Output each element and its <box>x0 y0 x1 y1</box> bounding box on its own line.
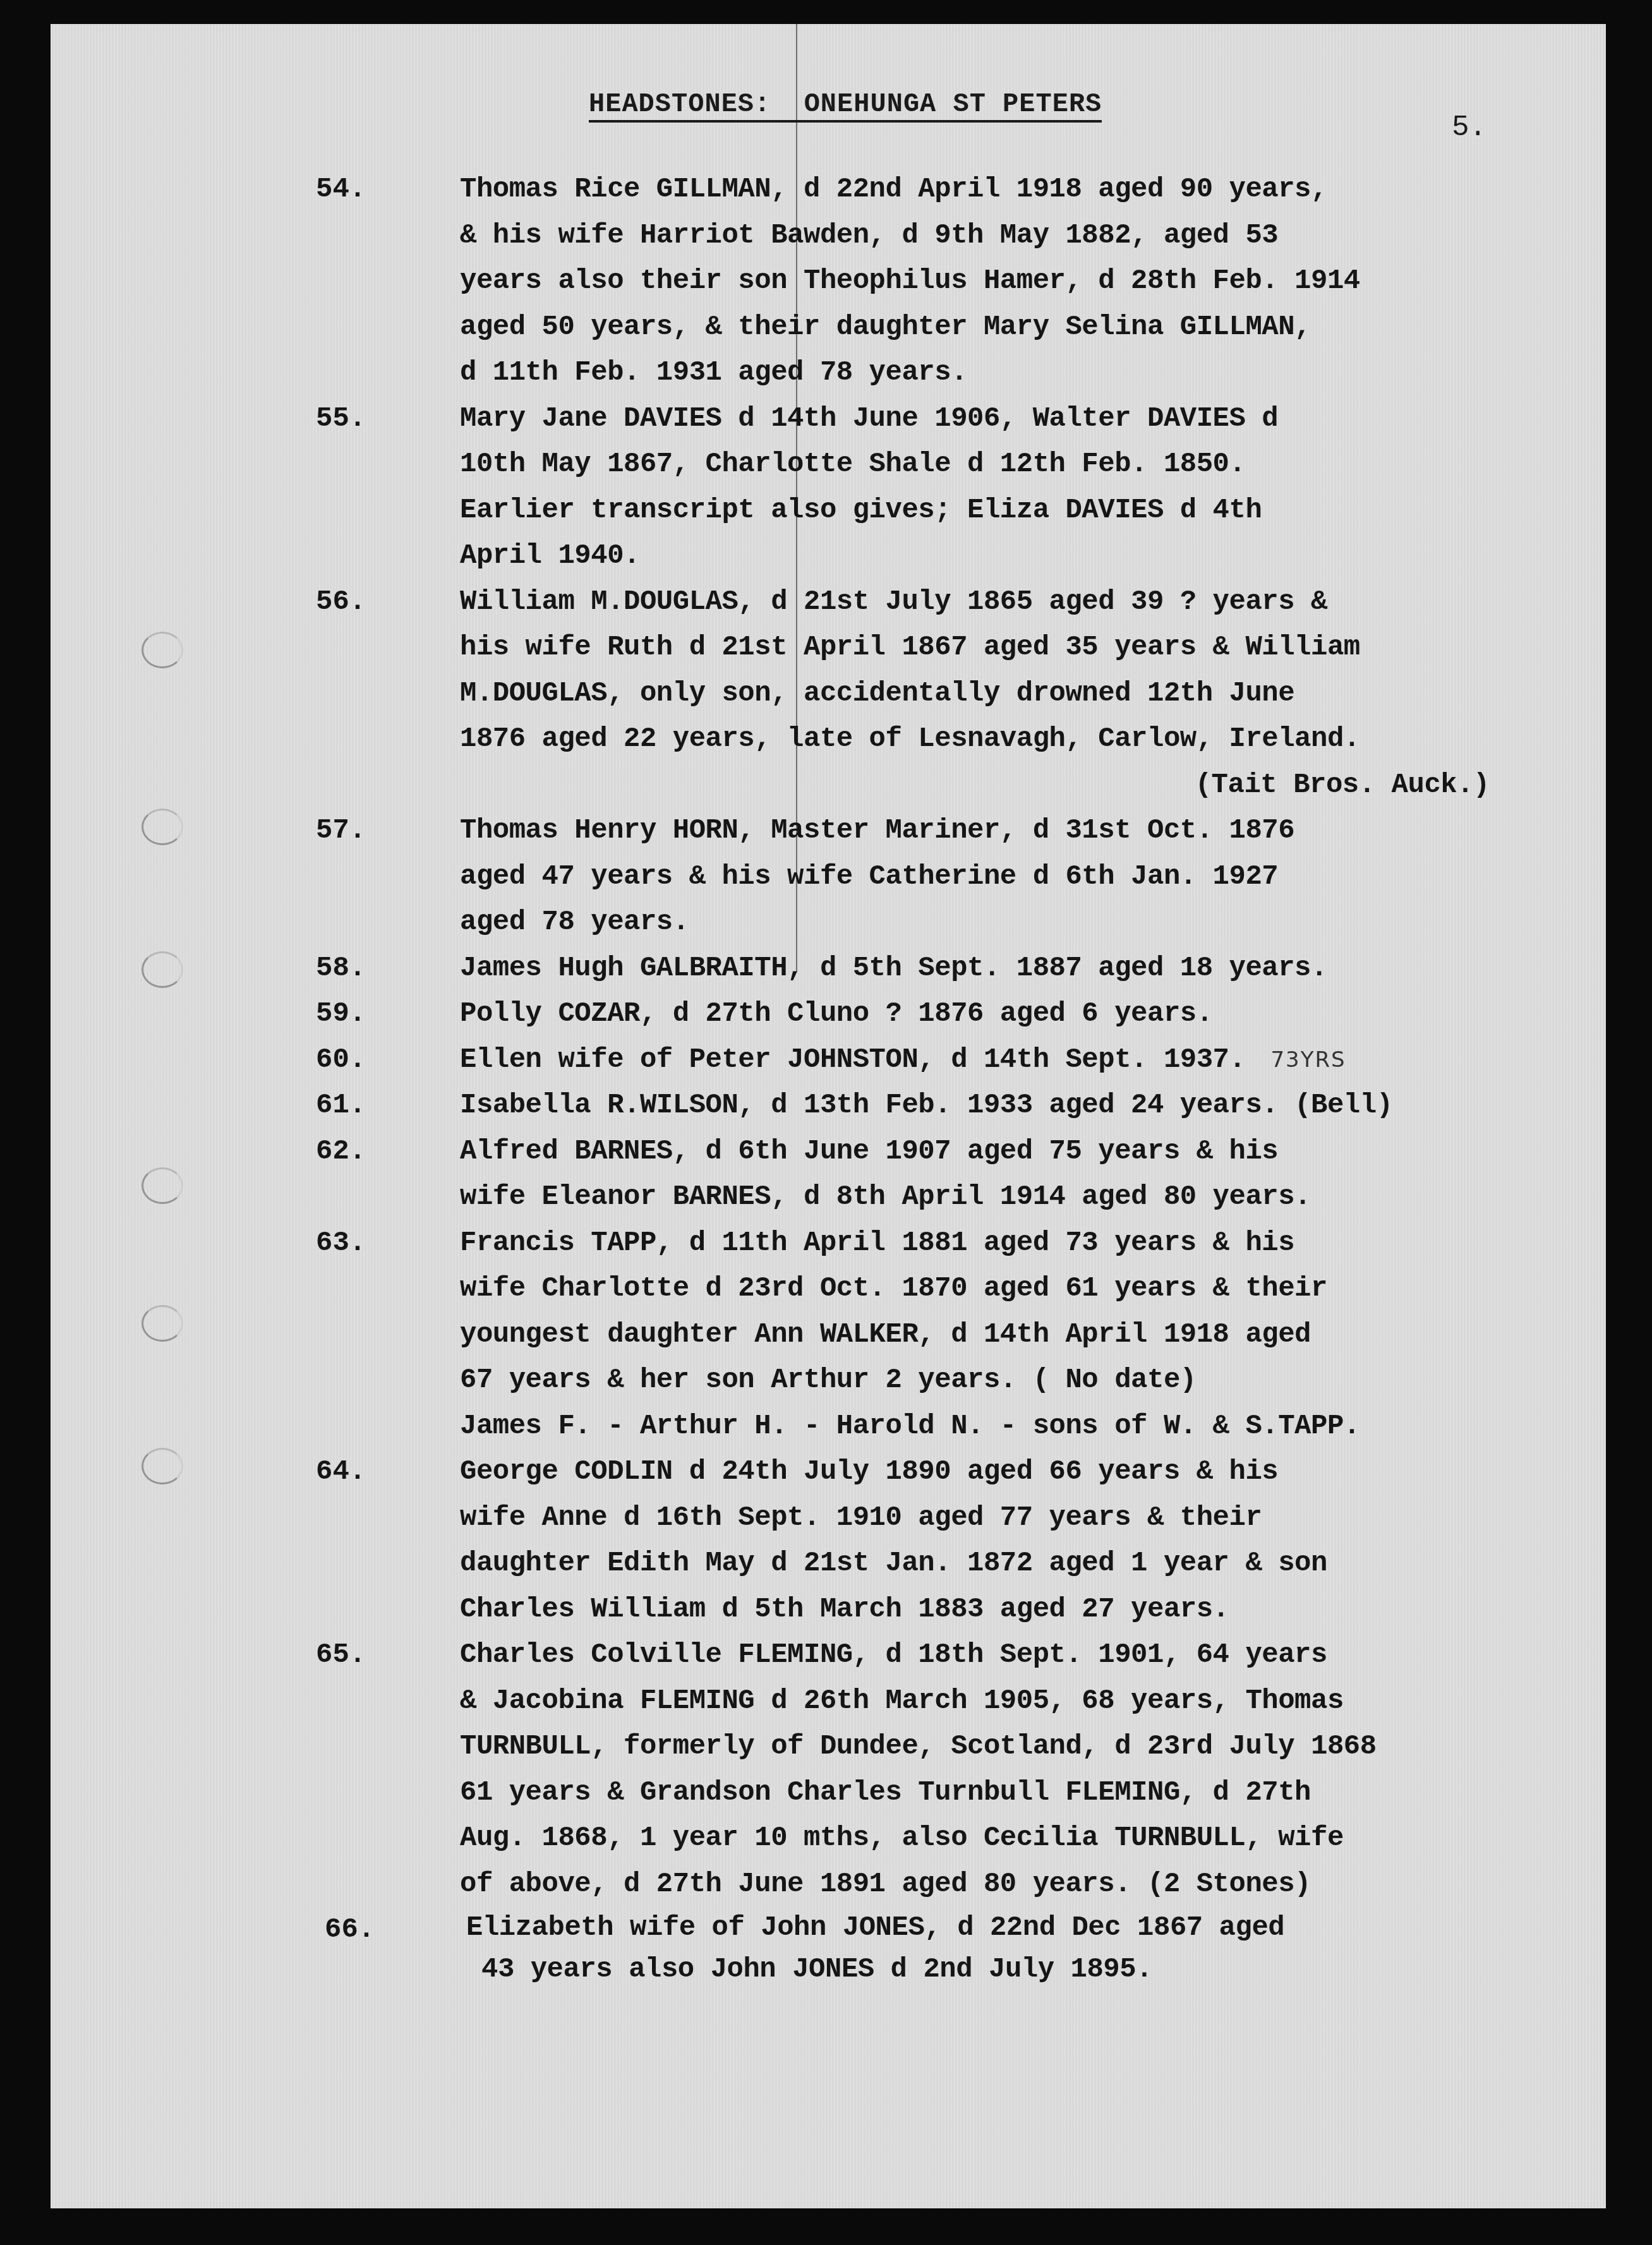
entry-62: 62. Alfred BARNES, d 6th June 1907 aged … <box>316 1129 1579 1220</box>
entry-number: 56. <box>316 579 404 625</box>
entry-line: Ellen wife of Peter JOHNSTON, d 14th Sep… <box>460 1044 1245 1076</box>
entry-54: 54. Thomas Rice GILLMAN, d 22nd April 19… <box>316 167 1579 396</box>
entry-number: 59. <box>316 991 404 1037</box>
entry-line: 67 years & her son Arthur 2 years. ( No … <box>460 1357 1579 1404</box>
punch-hole-mark <box>142 1448 183 1484</box>
entry-line: 10th May 1867, Charlotte Shale d 12th Fe… <box>460 442 1579 488</box>
entry-line: Charles Colville FLEMING, d 18th Sept. 1… <box>460 1632 1579 1678</box>
entry-line: wife Eleanor BARNES, d 8th April 1914 ag… <box>460 1174 1579 1220</box>
entry-line: daughter Edith May d 21st Jan. 1872 aged… <box>460 1541 1579 1587</box>
headstone-entries-list: 54. Thomas Rice GILLMAN, d 22nd April 19… <box>316 167 1579 1990</box>
entry-line: William M.DOUGLAS, d 21st July 1865 aged… <box>460 579 1579 625</box>
entry-line: Francis TAPP, d 11th April 1881 aged 73 … <box>460 1220 1579 1267</box>
entry-line: Thomas Henry HORN, Master Mariner, d 31s… <box>460 808 1579 854</box>
entry-number: 57. <box>316 808 404 854</box>
entry-line: Mary Jane DAVIES d 14th June 1906, Walte… <box>460 396 1579 442</box>
handwritten-annotation: 73YRS <box>1270 1047 1346 1073</box>
punch-hole-mark <box>142 632 183 668</box>
entry-line: 61 years & Grandson Charles Turnbull FLE… <box>460 1770 1579 1816</box>
entry-60: 60. Ellen wife of Peter JOHNSTON, d 14th… <box>316 1037 1579 1083</box>
entry-line: April 1940. <box>460 533 1579 579</box>
entry-line: M.DOUGLAS, only son, accidentally drowne… <box>460 671 1579 717</box>
entry-line: Earlier transcript also gives; Eliza DAV… <box>460 488 1579 534</box>
punch-hole-mark <box>142 1305 183 1342</box>
entry-number: 66. <box>325 1907 413 1953</box>
entry-line: his wife Ruth d 21st April 1867 aged 35 … <box>460 625 1579 671</box>
entry-number: 61. <box>316 1083 404 1129</box>
entry-number: 64. <box>316 1449 404 1495</box>
punch-hole-mark <box>142 951 183 988</box>
entry-line: TURNBULL, formerly of Dundee, Scotland, … <box>460 1724 1579 1770</box>
entry-61: 61. Isabella R.WILSON, d 13th Feb. 1933 … <box>316 1083 1579 1129</box>
document-page: HEADSTONES: ONEHUNGA ST PETERS 5. 54. Th… <box>51 24 1606 2208</box>
entry-58: 58. James Hugh GALBRAITH, d 5th Sept. 18… <box>316 946 1579 992</box>
entry-number: 55. <box>316 396 404 442</box>
entry-64: 64. George CODLIN d 24th July 1890 aged … <box>316 1449 1579 1632</box>
entry-line: years also their son Theophilus Hamer, d… <box>460 258 1579 304</box>
entry-66: 66. Elizabeth wife of John JONES, d 22nd… <box>316 1907 1579 1990</box>
punch-hole-mark <box>142 809 183 845</box>
entry-63: 63. Francis TAPP, d 11th April 1881 aged… <box>316 1220 1579 1450</box>
entry-55: 55. Mary Jane DAVIES d 14th June 1906, W… <box>316 396 1579 579</box>
entry-line: of above, d 27th June 1891 aged 80 years… <box>460 1862 1579 1908</box>
entry-line: Thomas Rice GILLMAN, d 22nd April 1918 a… <box>460 167 1579 213</box>
entry-57: 57. Thomas Henry HORN, Master Mariner, d… <box>316 808 1579 946</box>
entry-line: Aug. 1868, 1 year 10 mths, also Cecilia … <box>460 1815 1579 1862</box>
entry-line: 43 years also John JONES d 2nd July 1895… <box>481 1949 1579 1990</box>
entry-number: 62. <box>316 1129 404 1175</box>
entry-line: youngest daughter Ann WALKER, d 14th Apr… <box>460 1312 1579 1358</box>
entry-line: aged 47 years & his wife Catherine d 6th… <box>460 854 1579 900</box>
entry-number: 65. <box>316 1632 404 1678</box>
entry-line: Isabella R.WILSON, d 13th Feb. 1933 aged… <box>460 1083 1579 1129</box>
entry-line-with-annotation: Ellen wife of Peter JOHNSTON, d 14th Sep… <box>460 1037 1579 1083</box>
entry-line: James Hugh GALBRAITH, d 5th Sept. 1887 a… <box>460 946 1579 992</box>
entry-number: 63. <box>316 1220 404 1267</box>
entry-line: Charles William d 5th March 1883 aged 27… <box>460 1587 1579 1633</box>
entry-line: Polly COZAR, d 27th Cluno ? 1876 aged 6 … <box>460 991 1579 1037</box>
entry-65: 65. Charles Colville FLEMING, d 18th Sep… <box>316 1632 1579 1907</box>
page-number: 5. <box>1452 111 1486 144</box>
entry-56: 56. William M.DOUGLAS, d 21st July 1865 … <box>316 579 1579 809</box>
entry-line: wife Charlotte d 23rd Oct. 1870 aged 61 … <box>460 1266 1579 1312</box>
entry-line: James F. - Arthur H. - Harold N. - sons … <box>460 1404 1579 1450</box>
entry-line: d 11th Feb. 1931 aged 78 years. <box>460 350 1579 396</box>
entry-line: wife Anne d 16th Sept. 1910 aged 77 year… <box>460 1495 1579 1541</box>
punch-hole-mark <box>142 1167 183 1204</box>
entry-number: 60. <box>316 1037 404 1083</box>
page-title: HEADSTONES: ONEHUNGA ST PETERS <box>589 90 1102 123</box>
entry-line: aged 50 years, & their daughter Mary Sel… <box>460 304 1579 351</box>
entry-line: & his wife Harriot Bawden, d 9th May 188… <box>460 213 1579 259</box>
entry-59: 59. Polly COZAR, d 27th Cluno ? 1876 age… <box>316 991 1579 1037</box>
entry-line: & Jacobina FLEMING d 26th March 1905, 68… <box>460 1678 1579 1724</box>
entry-line: Alfred BARNES, d 6th June 1907 aged 75 y… <box>460 1129 1579 1175</box>
entry-note: (Tait Bros. Auck.) <box>460 762 1579 809</box>
entry-line: 1876 aged 22 years, late of Lesnavagh, C… <box>460 716 1579 762</box>
entry-number: 54. <box>316 167 404 213</box>
entry-line: aged 78 years. <box>460 900 1579 946</box>
entry-line: George CODLIN d 24th July 1890 aged 66 y… <box>460 1449 1579 1495</box>
entry-line: Elizabeth wife of John JONES, d 22nd Dec… <box>466 1907 1579 1949</box>
entry-number: 58. <box>316 946 404 992</box>
